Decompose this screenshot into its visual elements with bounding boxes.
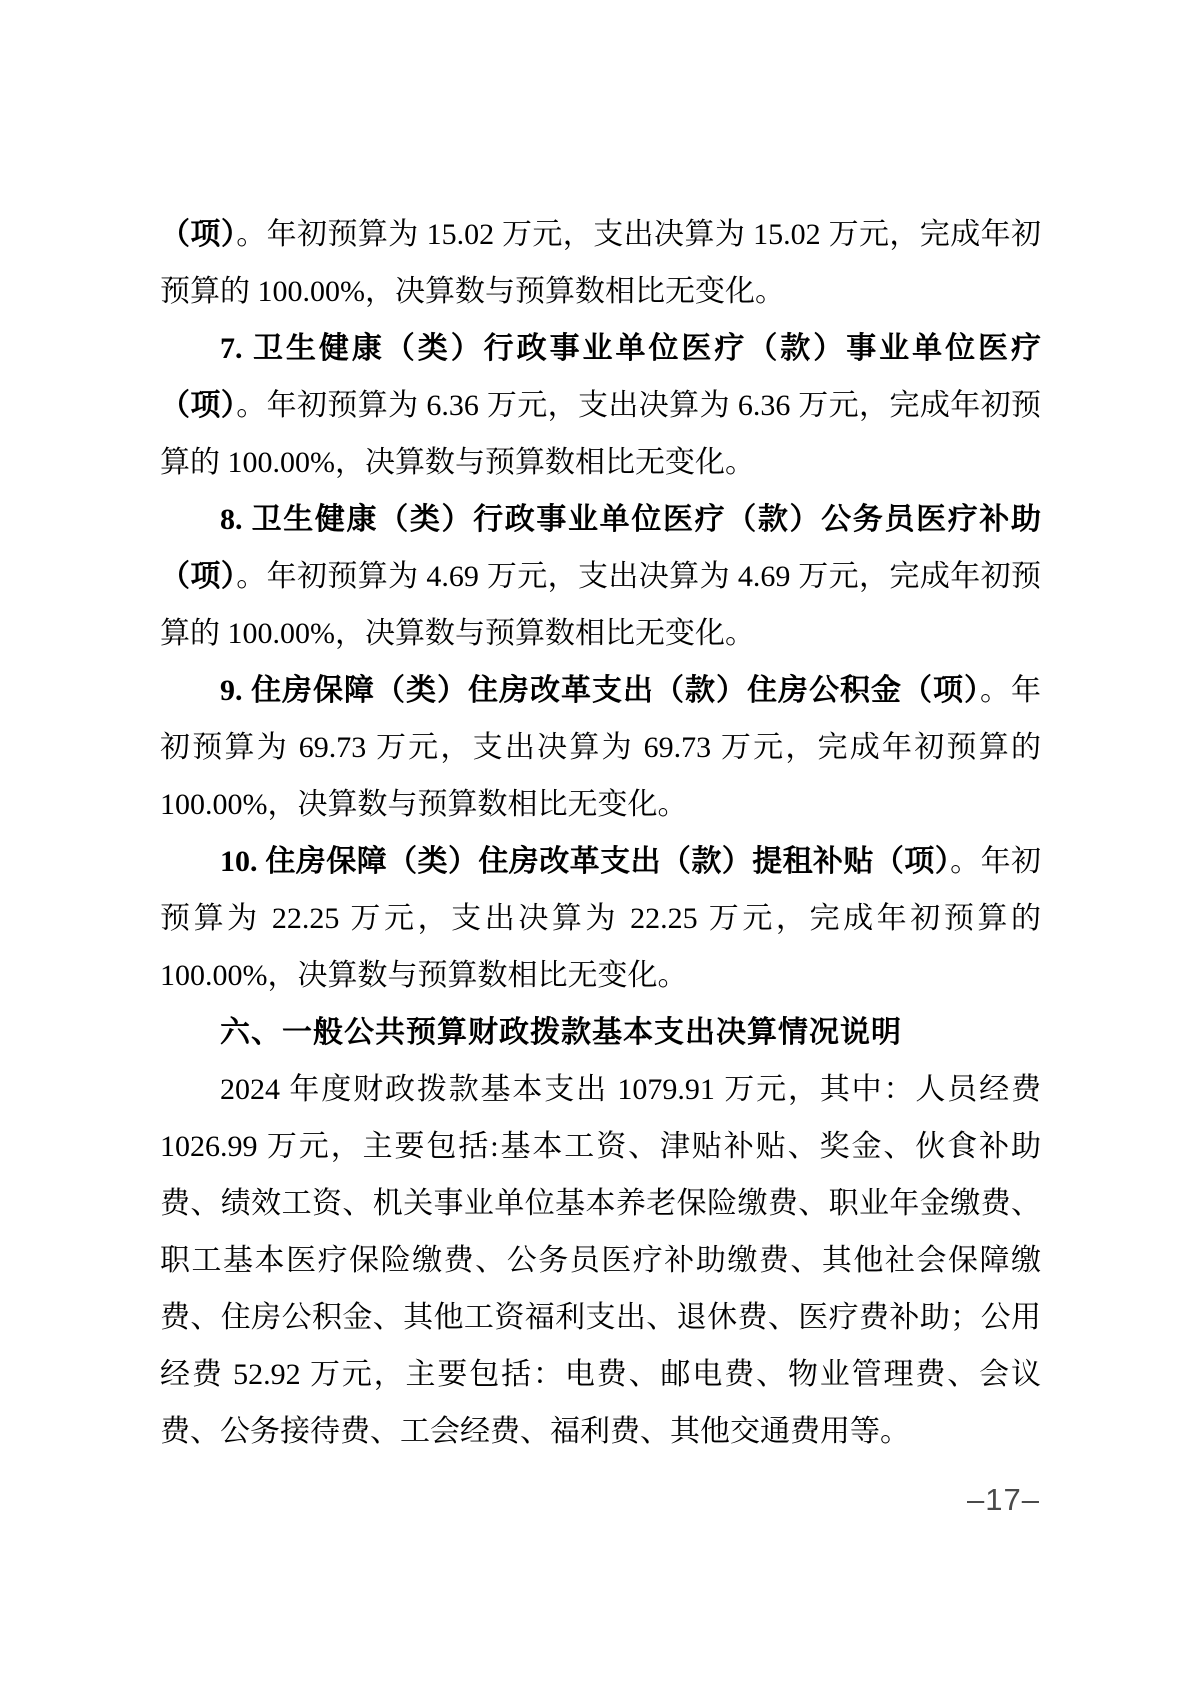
paragraph: 7. 卫生健康（类）行政事业单位医疗（款）事业单位医疗（项）。年初预算为 6.3…: [160, 320, 1041, 491]
paragraph: 2024 年度财政拨款基本支出 1079.91 万元，其中：人员经费 1026.…: [160, 1061, 1041, 1460]
paragraph: 10. 住房保障（类）住房改革支出（款）提租补贴（项）。年初预算为 22.25 …: [160, 833, 1041, 1004]
heading-run: （项）: [160, 218, 236, 251]
heading-run: 10. 住房保障（类）住房改革支出（款）提租补贴（项）: [220, 845, 950, 878]
paragraph: （项）。年初预算为 15.02 万元，支出决算为 15.02 万元，完成年初预算…: [160, 206, 1041, 320]
text-run: 2024 年度财政拨款基本支出 1079.91 万元，其中：人员经费 1026.…: [160, 1073, 1041, 1448]
text-run: 。年初预算为 6.36 万元，支出决算为 6.36 万元，完成年初预算的 100…: [160, 389, 1041, 479]
document-body: （项）。年初预算为 15.02 万元，支出决算为 15.02 万元，完成年初预算…: [160, 206, 1041, 1460]
paragraph: 8. 卫生健康（类）行政事业单位医疗（款）公务员医疗补助（项）。年初预算为 4.…: [160, 491, 1041, 662]
section-heading: 六、一般公共预算财政拨款基本支出决算情况说明: [160, 1004, 1041, 1061]
heading-run: 六、一般公共预算财政拨款基本支出决算情况说明: [220, 1016, 902, 1049]
document-page: （项）。年初预算为 15.02 万元，支出决算为 15.02 万元，完成年初预算…: [0, 0, 1190, 1683]
paragraph: 9. 住房保障（类）住房改革支出（款）住房公积金（项）。年初预算为 69.73 …: [160, 662, 1041, 833]
heading-run: 9. 住房保障（类）住房改革支出（款）住房公积金（项）: [220, 674, 980, 707]
text-run: 。年初预算为 4.69 万元，支出决算为 4.69 万元，完成年初预算的 100…: [160, 560, 1041, 650]
text-run: 。年初预算为 15.02 万元，支出决算为 15.02 万元，完成年初预算的 1…: [160, 218, 1041, 308]
page-number: –17–: [967, 1482, 1040, 1518]
